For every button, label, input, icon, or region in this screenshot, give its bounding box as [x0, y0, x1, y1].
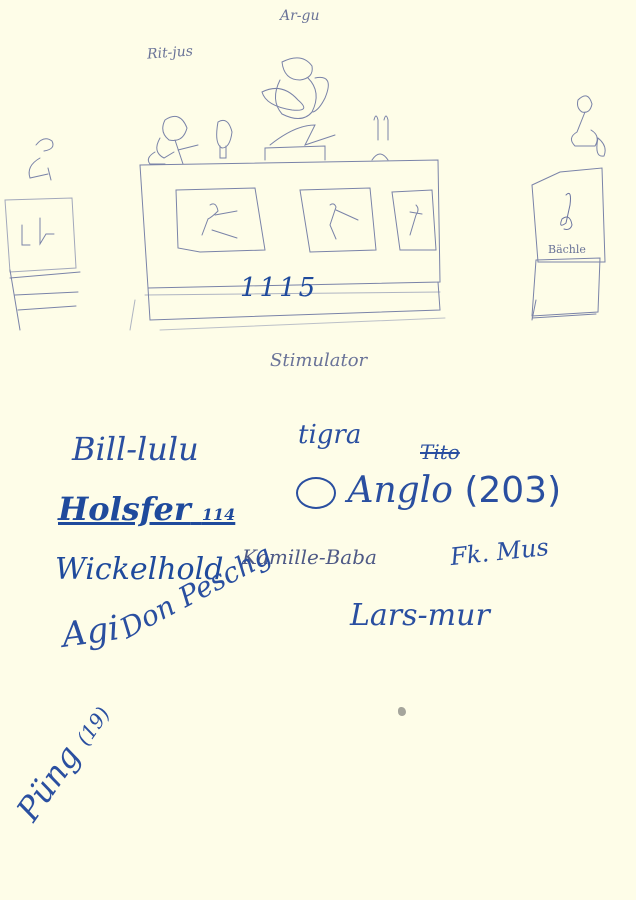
signature-holsfer-number: 114 [202, 505, 235, 524]
label-baechle: Bächle [548, 243, 586, 256]
signature-tigra: tigra [298, 420, 361, 450]
scanned-page: Rit-jus Ar-gu Bächle 1115 Stimulator Bil… [0, 0, 636, 900]
signature-agi: Agi [59, 608, 121, 656]
signature-anglo-name: Anglo [347, 470, 452, 511]
left-desk-drawing [5, 139, 80, 330]
signature-anglo: Anglo (203) [296, 470, 561, 511]
label-ar-gu: Ar-gu [280, 8, 320, 24]
signature-anglo-number: (203) [464, 470, 561, 511]
signature-holsfer: Holsfer 114 [58, 490, 235, 528]
signature-bill-lulu: Bill-lulu [72, 430, 199, 468]
right-box-drawing [532, 96, 605, 320]
label-rit-jus: Rit-jus [146, 43, 193, 62]
ink-smudge [398, 707, 406, 716]
signature-lars-mur: Lars-mur [350, 598, 490, 633]
label-counter-number: 1115 [240, 273, 318, 303]
signature-tito-crossed: Tito [420, 440, 460, 464]
signature-holsfer-name: Holsfer [58, 490, 191, 528]
label-stimulator: Stimulator [270, 350, 367, 371]
smiley-face-icon [296, 477, 336, 509]
